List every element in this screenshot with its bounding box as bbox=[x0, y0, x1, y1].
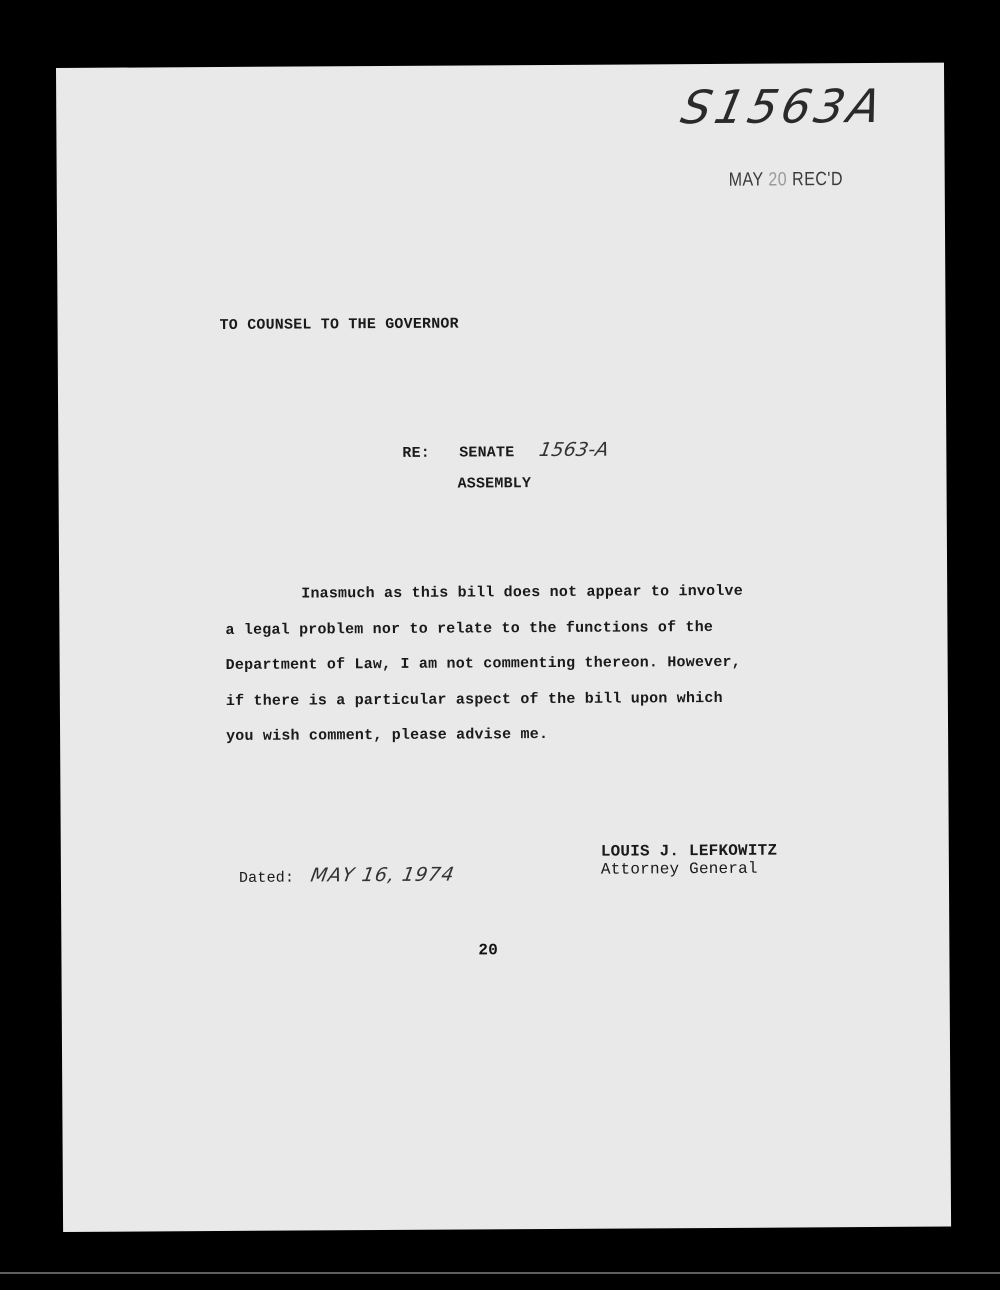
body-line: a legal problem nor to relate to the fun… bbox=[225, 609, 743, 648]
scan-artifact-line bbox=[0, 1272, 1000, 1274]
stamp-month: MAY bbox=[729, 170, 764, 191]
signatory-title: Attorney General bbox=[601, 860, 778, 879]
dated-value: MAY 16, 1974 bbox=[309, 864, 456, 887]
addressee: TO COUNSEL TO THE GOVERNOR bbox=[220, 316, 459, 334]
assembly-label: ASSEMBLY bbox=[457, 475, 531, 492]
stamp-day: 20 bbox=[768, 170, 787, 191]
re-label: RE: bbox=[402, 445, 430, 462]
stamp-label: REC'D bbox=[792, 169, 843, 190]
letter-body: Inasmuch as this bill does not appear to… bbox=[225, 574, 744, 755]
body-line: Inasmuch as this bill does not appear to… bbox=[225, 574, 743, 613]
body-line: if there is a particular aspect of the b… bbox=[226, 680, 744, 719]
re-line: RE: SENATE 1563-A bbox=[402, 439, 609, 462]
body-line: Department of Law, I am not commenting t… bbox=[226, 645, 744, 684]
senate-label: SENATE bbox=[459, 444, 514, 461]
handwritten-file-number: S1563A bbox=[677, 79, 890, 134]
dated-label: Dated: bbox=[239, 870, 294, 887]
received-stamp: MAY 20 REC'D bbox=[729, 169, 843, 191]
signature-block: LOUIS J. LEFKOWITZ Attorney General bbox=[601, 842, 778, 879]
signatory-name: LOUIS J. LEFKOWITZ bbox=[601, 842, 778, 861]
dated-line: Dated: MAY 16, 1974 bbox=[239, 864, 455, 887]
document-page: S1563A MAY 20 REC'D TO COUNSEL TO THE GO… bbox=[56, 63, 951, 1232]
assembly-line: ASSEMBLY bbox=[457, 475, 531, 492]
senate-bill-number: 1563-A bbox=[538, 439, 611, 461]
body-line: you wish comment, please advise me. bbox=[226, 716, 744, 755]
page-mark: 20 bbox=[478, 941, 498, 959]
